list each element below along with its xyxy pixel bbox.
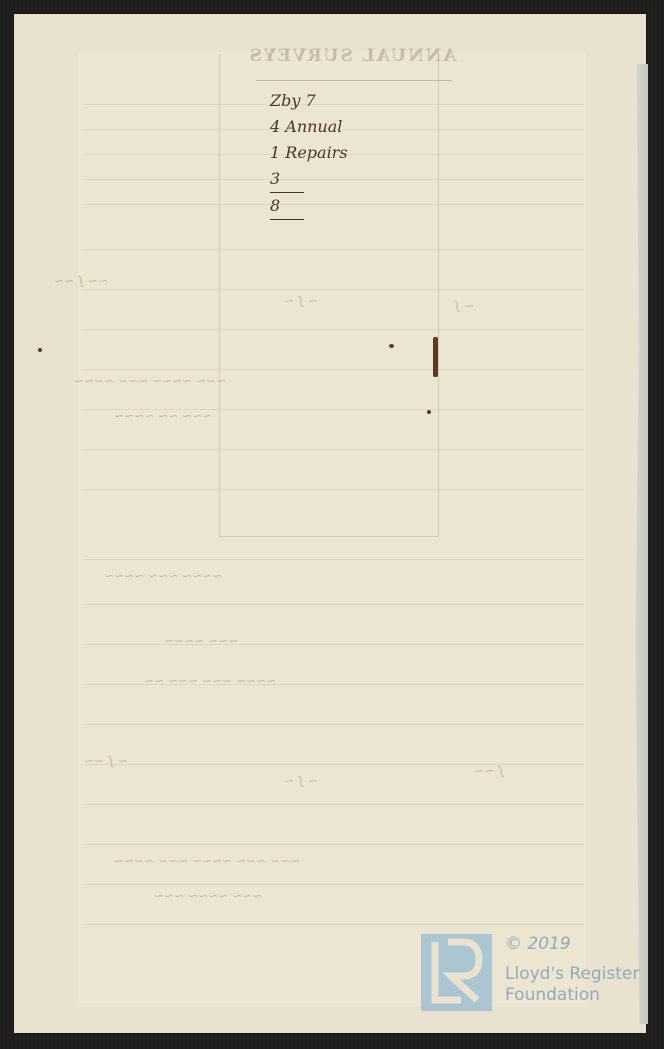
- tally-total: 8: [270, 193, 304, 220]
- ruled-line: [84, 844, 584, 845]
- bleed-through-text: ~~~~ ~~~ ~~~~: [104, 569, 222, 583]
- ruled-line: [84, 764, 584, 765]
- handwritten-tally: Zby 7 4 Annual 1 Repairs 3 8: [270, 88, 348, 220]
- bleed-through-text: ∫ ~~: [474, 764, 504, 778]
- ruled-line: [84, 804, 584, 805]
- copyright-text: © 2019: [505, 934, 639, 954]
- ruled-line: [84, 559, 584, 560]
- bleed-through-text: ~~~ ~~~~ ~~~: [154, 889, 262, 903]
- bleed-through-text: ~~~ ~~~~ ~~~ ~~~~: [74, 374, 226, 388]
- lloyds-register-watermark: © 2019 Lloyd's Register Foundation: [421, 934, 661, 1014]
- tally-line: 3: [270, 166, 304, 193]
- tally-line: Zby 7: [270, 88, 348, 114]
- bleed-through-text: ~~~ ~~ ~~~~: [114, 409, 212, 423]
- organization-name-line2: Foundation: [505, 985, 639, 1006]
- organization-name: Lloyd's Register: [505, 964, 639, 985]
- bleed-through-text: ~~~ ~~~~: [164, 634, 238, 648]
- heading-rule: [256, 80, 452, 81]
- bleed-through-heading: ANNUAL SURVEYS: [192, 46, 512, 66]
- tally-line: 1 Repairs: [270, 140, 348, 166]
- ruled-line: [84, 924, 584, 925]
- bleed-through-text: ~~ ∫ ~~: [54, 274, 108, 288]
- ink-stain: [38, 348, 42, 352]
- bleed-through-text: ~~~~ ~~~ ~~~ ~~: [144, 674, 276, 688]
- bleed-through-text: ~ ∫: [454, 299, 474, 313]
- torn-right-edge: [634, 64, 648, 1024]
- document-page: ANNUAL SURVEYS ~~ ∫ ~~ ~ ∫ ~ ~ ∫ ~~~ ~~~…: [14, 14, 646, 1033]
- ink-stain: [389, 344, 394, 348]
- lr-monogram-icon: [421, 934, 492, 1011]
- lr-logo-icon: [421, 934, 492, 1011]
- bleed-through-text: ~ ∫ ~~: [84, 754, 128, 768]
- bleed-through-text: ~ ∫ ~: [284, 294, 318, 308]
- tally-line: 4 Annual: [270, 114, 348, 140]
- ink-stain: [433, 337, 438, 377]
- ruled-line: [84, 644, 584, 645]
- ink-stain: [427, 410, 431, 414]
- bleed-through-text: ~~~ ~~~ ~~~~ ~~~ ~~~~: [114, 854, 300, 868]
- ruled-line: [84, 884, 584, 885]
- bleed-through-text: ~ ∫ ~: [284, 774, 318, 788]
- ruled-line: [84, 604, 584, 605]
- ruled-line: [84, 724, 584, 725]
